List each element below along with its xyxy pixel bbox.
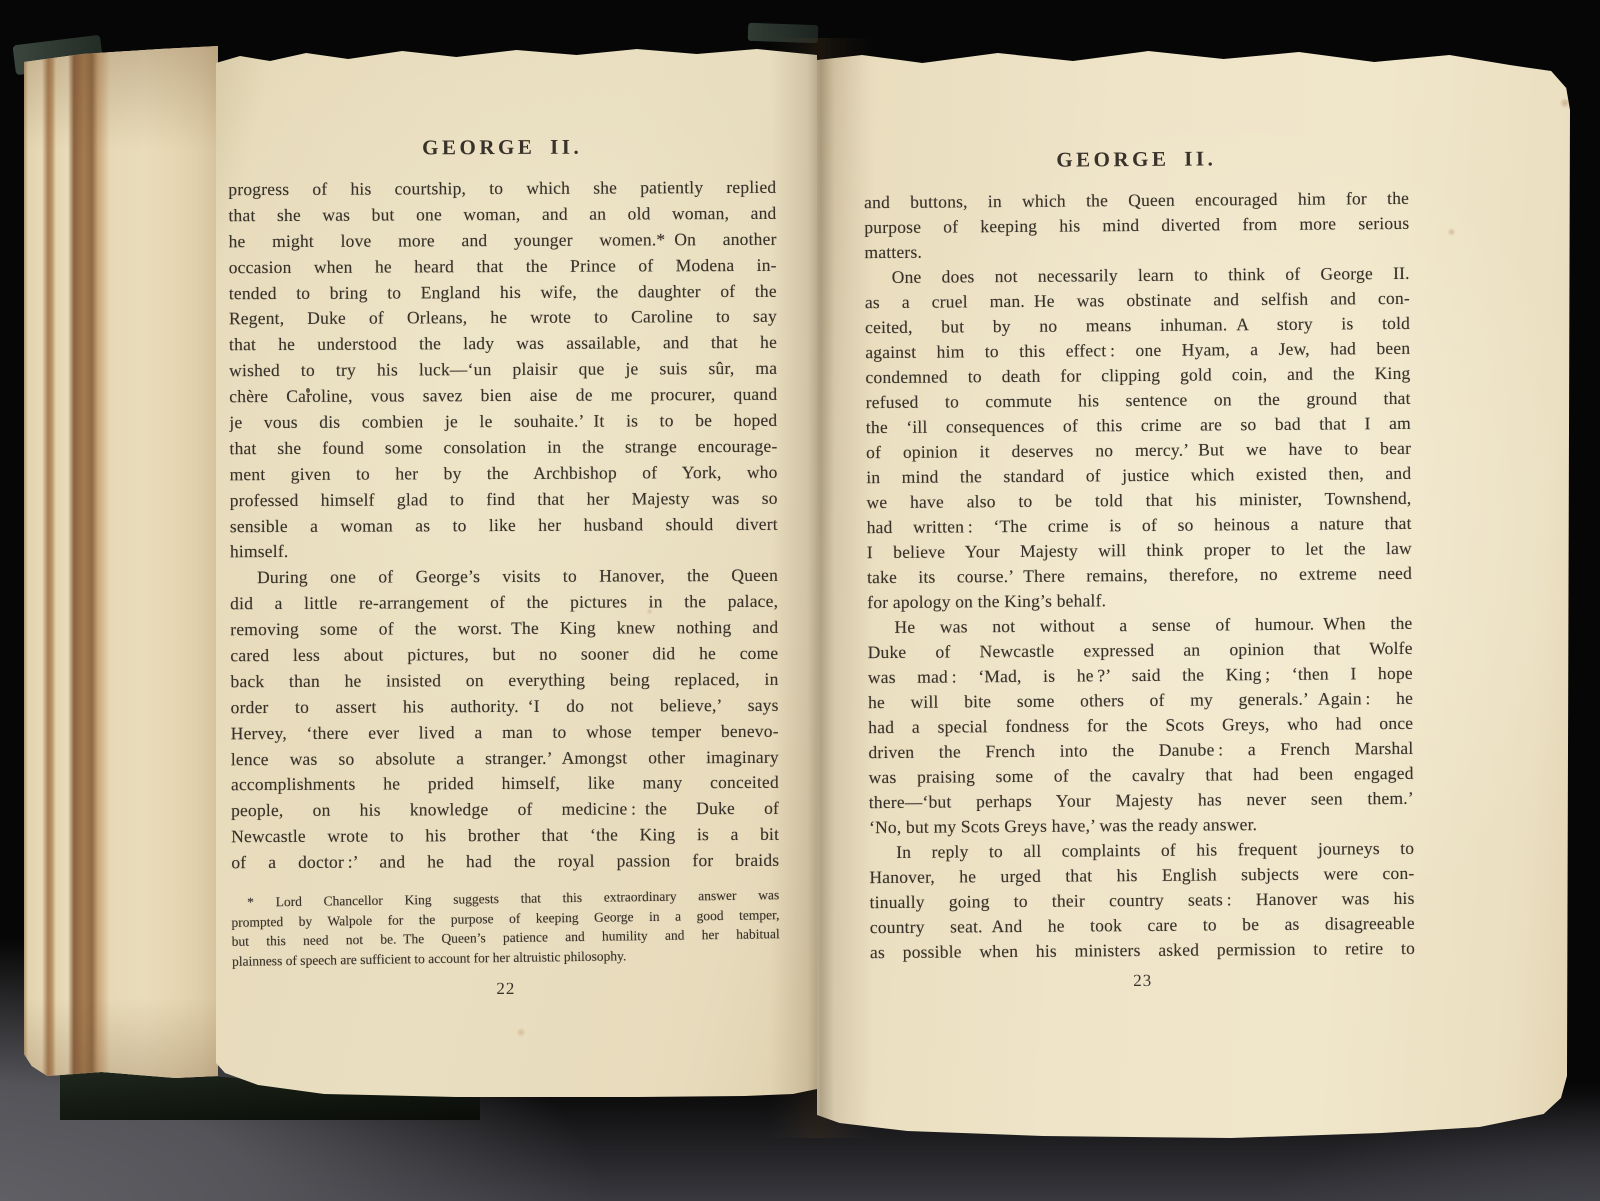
text-line: removing some of the worst. The King kne… xyxy=(230,615,778,643)
left-page: GEORGE II. progress of his courtship, to… xyxy=(216,48,817,1097)
text-line: himself. xyxy=(230,537,778,565)
text-line: purpose of keeping his mind diverted fro… xyxy=(864,211,1409,240)
open-book: GEORGE II. progress of his courtship, to… xyxy=(0,0,1600,1201)
foxing-spot xyxy=(516,1028,526,1037)
text-line: je vous dis combien je le souhaite.’ It … xyxy=(229,408,777,436)
left-page-footnote: * Lord Chancellor King suggests that thi… xyxy=(231,885,780,971)
text-line: back than he insisted on everything bein… xyxy=(230,667,778,695)
text-line: that she found some consolation in the s… xyxy=(229,434,777,462)
text-line: order to assert his authority. ‘I do not… xyxy=(231,693,779,721)
text-line: that he understood the lady was assailab… xyxy=(229,330,777,358)
text-line: cared less about pictures, but no sooner… xyxy=(230,641,778,669)
text-line: he might love more and younger women.* O… xyxy=(229,227,777,255)
text-line: professed himself glad to find that her … xyxy=(230,485,778,513)
left-page-number: 22 xyxy=(232,978,780,1000)
text-line: chère Caroline, vous savez bien aise de … xyxy=(229,382,777,410)
left-page-body-text: progress of his courtship, to which she … xyxy=(228,175,779,876)
text-line: Newcastle wrote to his brother that ‘the… xyxy=(231,822,779,850)
left-page-text-column: GEORGE II. progress of his courtship, to… xyxy=(228,133,780,1000)
text-line: tended to bring to England his wife, the… xyxy=(229,278,777,306)
text-line: Regent, Duke of Orleans, he wrote to Car… xyxy=(229,304,777,332)
text-line: there—‘but perhaps Your Majesty has neve… xyxy=(869,786,1414,815)
right-running-header: GEORGE II. xyxy=(864,144,1409,174)
book-photo-scene: GEORGE II. progress of his courtship, to… xyxy=(0,0,1600,1201)
text-line: take its course.’ There remains, therefo… xyxy=(867,561,1412,590)
text-line: as possible when his ministers asked per… xyxy=(870,936,1415,965)
text-line: lence was so absolute a stranger.’ Among… xyxy=(231,744,779,772)
book-cover-top-edge xyxy=(748,23,819,43)
text-line: progress of his courtship, to which she … xyxy=(228,175,776,203)
text-line: of a doctor :’ and he had the royal pass… xyxy=(231,848,779,876)
right-page-body-text: and buttons, in which the Queen encourag… xyxy=(864,186,1415,965)
text-line: sensible a woman as to like her husband … xyxy=(230,511,778,539)
page-stack-fore-edges xyxy=(24,46,218,1080)
text-line: ment given to her by the Archbishop of Y… xyxy=(230,460,778,488)
right-page: GEORGE II. and buttons, in which the Que… xyxy=(817,38,1570,1138)
text-line: During one of George’s visits to Hanover… xyxy=(230,563,778,591)
right-page-text-column: GEORGE II. and buttons, in which the Que… xyxy=(864,144,1416,993)
left-running-header: GEORGE II. xyxy=(228,133,776,161)
foxing-spot xyxy=(1559,98,1571,108)
text-line: did a little re-arrangement of the pictu… xyxy=(230,589,778,617)
text-line: accomplishments he prided himself, like … xyxy=(231,770,779,798)
text-line: people, on his knowledge of medicine : t… xyxy=(231,796,779,824)
foxing-spot xyxy=(1447,228,1456,236)
text-line: Hervey, ‘there ever lived a man to whose… xyxy=(231,719,779,747)
text-line: occasion when he heard that the Prince o… xyxy=(229,252,777,280)
text-line: that she was but one woman, and an old w… xyxy=(228,201,776,229)
right-page-number: 23 xyxy=(870,969,1415,993)
text-line: wished to try his luck—‘un plaisir que j… xyxy=(229,356,777,384)
